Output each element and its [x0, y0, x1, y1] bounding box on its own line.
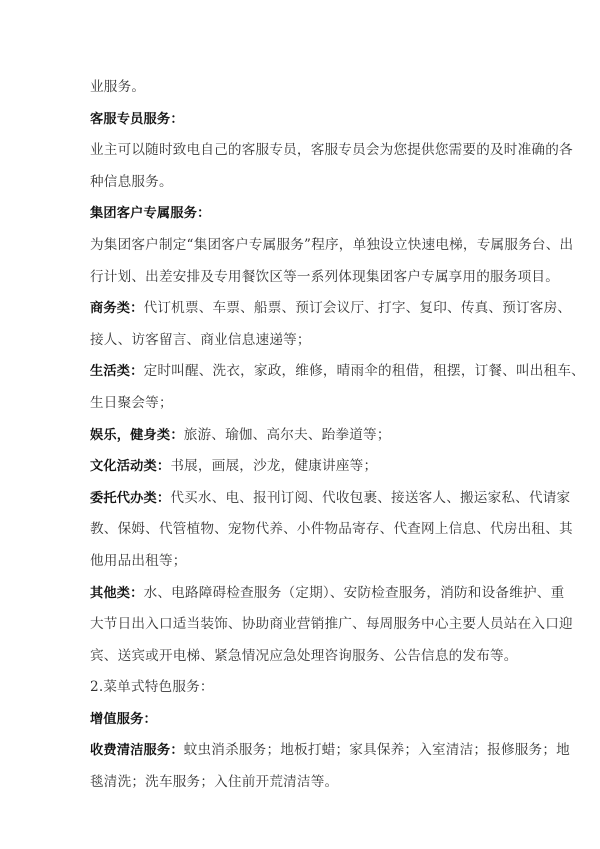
- category-line: 委托代办类：代买水、电、报刊订阅、代收包裹、接送客人、搬运家私、代请家: [90, 485, 512, 517]
- body-text: 旅游、瑜伽、高尔夫、跆拳道等；: [184, 427, 391, 443]
- bold-label: 增值服务：: [90, 712, 157, 727]
- body-text: 教、保姆、代管植物、宠物代养、小件物品寄存、代查网上信息、代房出租、其: [90, 521, 573, 537]
- bold-label: 文化活动类：: [90, 459, 170, 474]
- category-line: 收费清洁服务：蚊虫消杀服务；地板打蜡；家具保养；入室清洁；报修服务；地: [90, 737, 512, 769]
- category-line: 娱乐，健身类：旅游、瑜伽、高尔夫、跆拳道等；: [90, 422, 512, 454]
- body-text: 2.菜单式特色服务：: [90, 679, 214, 695]
- body-text: 毯清洗；洗车服务；入住前开荒清洁等。: [90, 774, 338, 790]
- body-text: 他用品出租等；: [90, 553, 187, 569]
- body-text: 接人、访客留言、商业信息速递等；: [90, 332, 311, 348]
- text-line: 业主可以随时致电自己的客服专员，客服专员会为您提供您需要的及时准确的各: [90, 137, 512, 169]
- text-line: 生日聚会等；: [90, 390, 512, 422]
- body-text: 种信息服务。: [90, 174, 173, 190]
- category-line: 文化活动类：书展，画展，沙龙，健康讲座等；: [90, 453, 512, 485]
- body-text: 代买水、电、报刊订阅、代收包裹、接送客人、搬运家私、代请家: [170, 490, 570, 506]
- bold-label: 商务类：: [90, 301, 144, 316]
- body-text: 蚊虫消杀服务；地板打蜡；家具保养；入室清洁；报修服务；地: [184, 742, 570, 758]
- text-line: 宾、送宾或开电梯、紧急情况应急处理咨询服务、公告信息的发布等。: [90, 643, 512, 675]
- category-line: 商务类：代订机票、车票、船票、预订会议厅、打字、复印、传真、预订客房、: [90, 295, 512, 327]
- text-line: 大节日出入口适当装饰、协助商业营销推广、每周服务中心主要人员站在入口迎: [90, 611, 512, 643]
- text-line: 为集团客户制定“集团客户专属服务”程序，单独设立快速电梯，专属服务台、出: [90, 232, 512, 264]
- text-line: 毯清洗；洗车服务；入住前开荒清洁等。: [90, 769, 512, 801]
- category-line: 生活类：定时叫醒、洗衣，家政，维修，晴雨伞的租借，租摆，订餐、叫出租车、: [90, 358, 512, 390]
- body-text: 业服务。: [90, 79, 145, 95]
- body-text: 定时叫醒、洗衣，家政，维修，晴雨伞的租借，租摆，订餐、叫出租车、: [144, 363, 585, 379]
- text-line: 他用品出租等；: [90, 548, 512, 580]
- body-text: 书展，画展，沙龙，健康讲座等；: [170, 458, 377, 474]
- body-text: 行计划、出差安排及专用餐饮区等一系列体现集团客户专属享用的服务项目。: [90, 269, 559, 285]
- body-text: 业主可以随时致电自己的客服专员，客服专员会为您提供您需要的及时准确的各: [90, 142, 573, 158]
- text-line: 业服务。: [90, 74, 512, 106]
- body-text: 宾、送宾或开电梯、紧急情况应急处理咨询服务、公告信息的发布等。: [90, 648, 518, 664]
- bold-label: 其他类：: [90, 586, 144, 601]
- section-heading: 客服专员服务：: [90, 106, 512, 138]
- bold-label: 娱乐，健身类：: [90, 428, 184, 443]
- bold-label: 客服专员服务：: [90, 112, 184, 127]
- section-heading: 集团客户专属服务：: [90, 200, 512, 232]
- body-text: 大节日出入口适当装饰、协助商业营销推广、每周服务中心主要人员站在入口迎: [90, 616, 573, 632]
- text-line: 种信息服务。: [90, 169, 512, 201]
- bold-label: 收费清洁服务：: [90, 743, 184, 758]
- bold-label: 集团客户专属服务：: [90, 206, 211, 221]
- section-heading: 增值服务：: [90, 706, 512, 738]
- body-text: 水、电路障碍检查服务（定期）、安防检查服务，消防和设备维护、重: [144, 585, 565, 601]
- body-text: 生日聚会等；: [90, 395, 173, 411]
- document-page: 业服务。 客服专员服务： 业主可以随时致电自己的客服专员，客服专员会为您提供您需…: [90, 74, 512, 801]
- category-line: 其他类：水、电路障碍检查服务（定期）、安防检查服务，消防和设备维护、重: [90, 580, 512, 612]
- bold-label: 生活类：: [90, 364, 144, 379]
- numbered-heading: 2.菜单式特色服务：: [90, 674, 512, 706]
- body-text: 代订机票、车票、船票、预订会议厅、打字、复印、传真、预订客房、: [144, 300, 572, 316]
- body-text: 为集团客户制定“集团客户专属服务”程序，单独设立快速电梯，专属服务台、出: [90, 237, 573, 253]
- text-line: 教、保姆、代管植物、宠物代养、小件物品寄存、代查网上信息、代房出租、其: [90, 516, 512, 548]
- text-line: 接人、访客留言、商业信息速递等；: [90, 327, 512, 359]
- bold-label: 委托代办类：: [90, 491, 170, 506]
- text-line: 行计划、出差安排及专用餐饮区等一系列体现集团客户专属享用的服务项目。: [90, 264, 512, 296]
